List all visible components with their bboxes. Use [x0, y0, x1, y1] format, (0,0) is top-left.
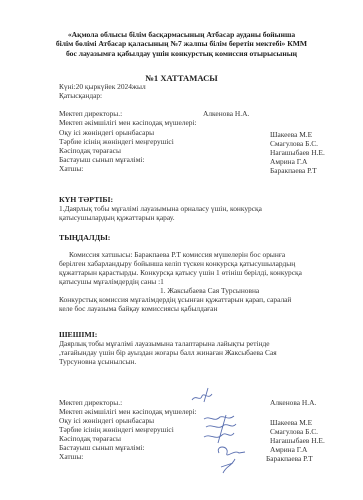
heard-after-line: келе бос лауазыма байқау комиссиясы қабы… — [59, 304, 217, 313]
signature-members-icon — [200, 413, 240, 445]
heard-line: қатысушы мұғалімдердің саны :1 — [59, 277, 164, 286]
member-name: Нагашыбаев Н.Е. — [270, 148, 325, 157]
heard-line: берілген хабарландыру бойынша келіп түск… — [59, 259, 295, 268]
agenda-line: қатысушылардың құжаттарын қарау. — [59, 213, 175, 222]
candidate-item: 1. Жаксыбаева Сая Турсыновна — [160, 286, 259, 295]
document-page: «Ақмола облысы білім басқармасының Атбас… — [0, 0, 363, 500]
signature-secretary-icon — [213, 443, 247, 475]
member-name: Смагулова Б.С. — [270, 139, 318, 148]
heard-line: құжаттарын қарастырды. Конкурсқа қатысу … — [59, 268, 302, 277]
document-title: «Ақмола облысы білім басқармасының Атбас… — [20, 30, 343, 58]
sign-member-name: Смагулова Б.С. — [270, 427, 318, 436]
member-role: Тәрбие ісінің жөніндегі меңгерушісі — [59, 137, 174, 146]
member-name: Шакеева М.Е — [270, 130, 312, 139]
director-role: Мектеп директоры.: — [59, 109, 122, 118]
member-role: Хатшы: — [59, 164, 83, 173]
director-name: Алкенова Н.А. — [203, 109, 249, 118]
title-line: бос лауазымға қабылдау үшін конкурстық к… — [20, 49, 343, 58]
signature-director-icon — [188, 386, 218, 406]
sign-member-name: Шакеева М.Е — [270, 418, 312, 427]
sign-member-name: Амрина Г.А — [270, 445, 307, 454]
decision-line: Даярлық тобы мұғалімі лауазымына талапта… — [59, 339, 270, 348]
sign-member-role: Кәсіподақ төрағасы — [59, 434, 121, 443]
participants-label: Қатысқандар: — [59, 91, 102, 100]
heard-heading: ТЫҢДАЛДЫ: — [59, 233, 110, 242]
heard-after-line: Конкурстық комиссия мұғалімдердің ұсынға… — [59, 295, 291, 304]
sign-member-role: Оқу ісі жөніндегі орынбасары — [59, 416, 154, 425]
agenda-line: 1.Даярлық тобы мұғалімі лауазымына орнал… — [59, 204, 262, 213]
sign-member-name: Баракпаева Р.Т — [266, 454, 313, 463]
members-label: Мектеп әкімшілігі мен кәсіподақ мүшелері… — [59, 118, 197, 127]
protocol-number: №1 ХАТТАМАСЫ — [0, 73, 363, 83]
member-role: Кәсіподақ төрағасы — [59, 146, 121, 155]
sign-director-name: Алкенова Н.А. — [270, 398, 316, 407]
title-line: «Ақмола облысы білім басқармасының Атбас… — [20, 30, 343, 39]
sign-member-role: Хатшы: — [59, 452, 83, 461]
decision-heading: ШЕШІМІ: — [59, 330, 97, 339]
sign-member-name: Нагашыбаев Н.Е. — [270, 436, 325, 445]
member-role: Бастауыш сынып мұғалімі: — [59, 155, 144, 164]
sign-member-role: Тәрбие ісінің жөніндегі меңгерушісі — [59, 425, 174, 434]
agenda-heading: КҮН ТӘРТІБІ: — [59, 195, 113, 204]
member-name: Баракпаева Р.Т — [270, 166, 317, 175]
member-name: Амрина Г.А — [270, 157, 307, 166]
meeting-date: Күні:20 қыркүйек 2024жыл — [59, 82, 146, 91]
member-role: Оқу ісі жөніндегі орынбасары — [59, 128, 154, 137]
title-line: білім бөлімі Атбасар қаласының №7 жалпы … — [20, 39, 343, 48]
heard-line: Комиссия хатшысы: Баракпаева Р.Т комисси… — [69, 250, 285, 259]
sign-members-label: Мектеп әкімшілігі мен кәсіподақ мүшелері… — [59, 407, 197, 416]
decision-line: ,тағайындау үшін бір ауыздан жоғары балл… — [59, 348, 277, 357]
sign-member-role: Бастауыш сынып мұғалімі: — [59, 443, 144, 452]
decision-line: Турсуновна ұсынылсын. — [59, 357, 136, 366]
sign-director-role: Мектеп директоры.: — [59, 398, 122, 407]
